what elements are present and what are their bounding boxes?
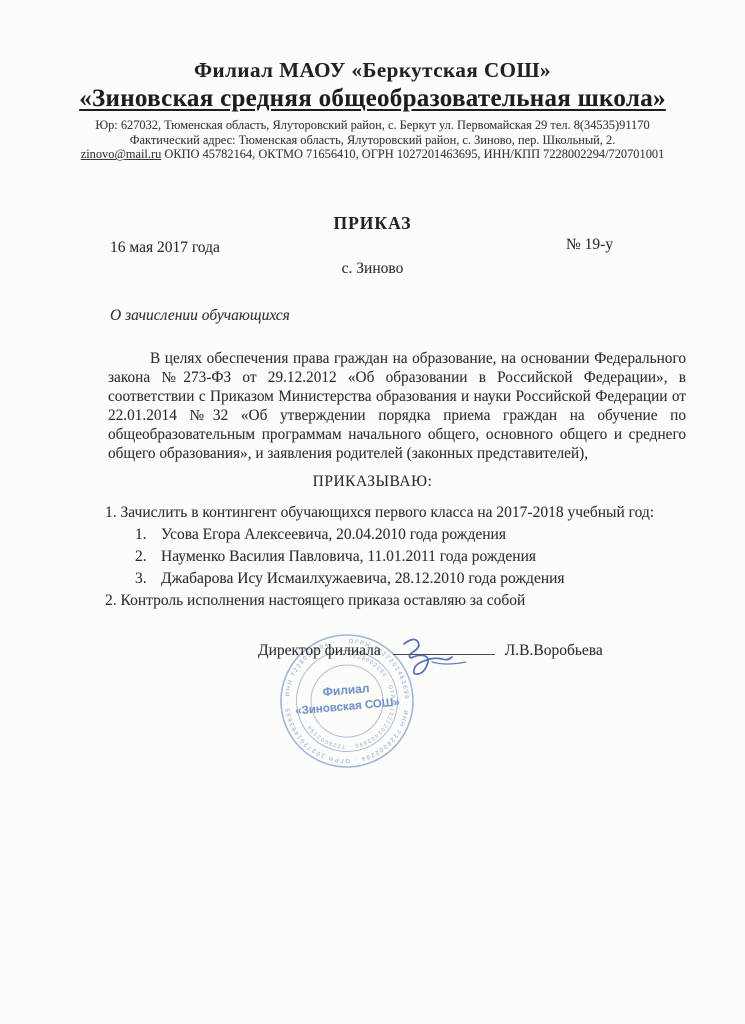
registry-codes-line: zinovo@mail.ru ОКПО 45782164, ОКТМО 7165… [0,147,745,162]
round-stamp-icon: · ОГРН 1027201463695 · ИНН 7228002294 · … [268,622,426,780]
stamp-center-line1: Филиал [322,681,370,699]
letterhead-address-block: Юр: 627032, Тюменская область, Ялуторовс… [0,118,745,162]
list-item-number: 3. [135,568,161,590]
students-list: 1. Усова Егора Алексеевича, 20.04.2010 г… [135,524,695,590]
organization-name: «Зиновская средняя общеобразовательная ш… [0,85,745,113]
decree-word: ПРИКАЗЫВАЮ: [0,473,745,491]
actual-address-line: Фактический адрес: Тюменская область, Ял… [0,133,745,148]
list-item: 2. Науменко Василия Павловича, 11.01.201… [135,546,695,568]
order-preamble: В целях обеспечения права граждан на обр… [108,349,686,463]
list-item-number: 1. [135,524,161,546]
student-entry: Усова Егора Алексеевича, 20.04.2010 года… [161,524,506,546]
order-item-2: 2. Контроль исполнения настоящего приказ… [105,590,695,612]
legal-address-line: Юр: 627032, Тюменская область, Ялуторовс… [0,118,745,133]
signer-name: Л.В.Воробьева [505,642,603,659]
order-date: 16 мая 2017 года [110,239,220,257]
scanned-order-document: Филиал МАОУ «Беркутская СОШ» «Зиновская … [0,0,745,1024]
order-place: с. Зиново [0,260,745,278]
registry-codes-text: ОКПО 45782164, ОКТМО 71656410, ОГРН 1027… [161,147,664,161]
organization-parent-name: Филиал МАОУ «Беркутская СОШ» [0,58,745,83]
list-item: 1. Усова Егора Алексеевича, 20.04.2010 г… [135,524,695,546]
list-item: 3. Джабарова Ису Исмаилхужаевича, 28.12.… [135,568,695,590]
letterhead: Филиал МАОУ «Беркутская СОШ» «Зиновская … [0,58,745,162]
student-entry: Джабарова Ису Исмаилхужаевича, 28.12.201… [161,568,565,590]
student-entry: Науменко Василия Павловича, 11.01.2011 г… [161,546,536,568]
email-text: zinovo@mail.ru [81,147,162,161]
order-number: № 19-у [566,236,613,254]
order-title: ПРИКАЗ [0,213,745,234]
order-items: 1. Зачислить в контингент обучающихся пе… [105,502,695,612]
order-item-1: 1. Зачислить в контингент обучающихся пе… [105,502,695,524]
list-item-number: 2. [135,546,161,568]
order-subject: О зачислении обучающихся [110,307,290,325]
